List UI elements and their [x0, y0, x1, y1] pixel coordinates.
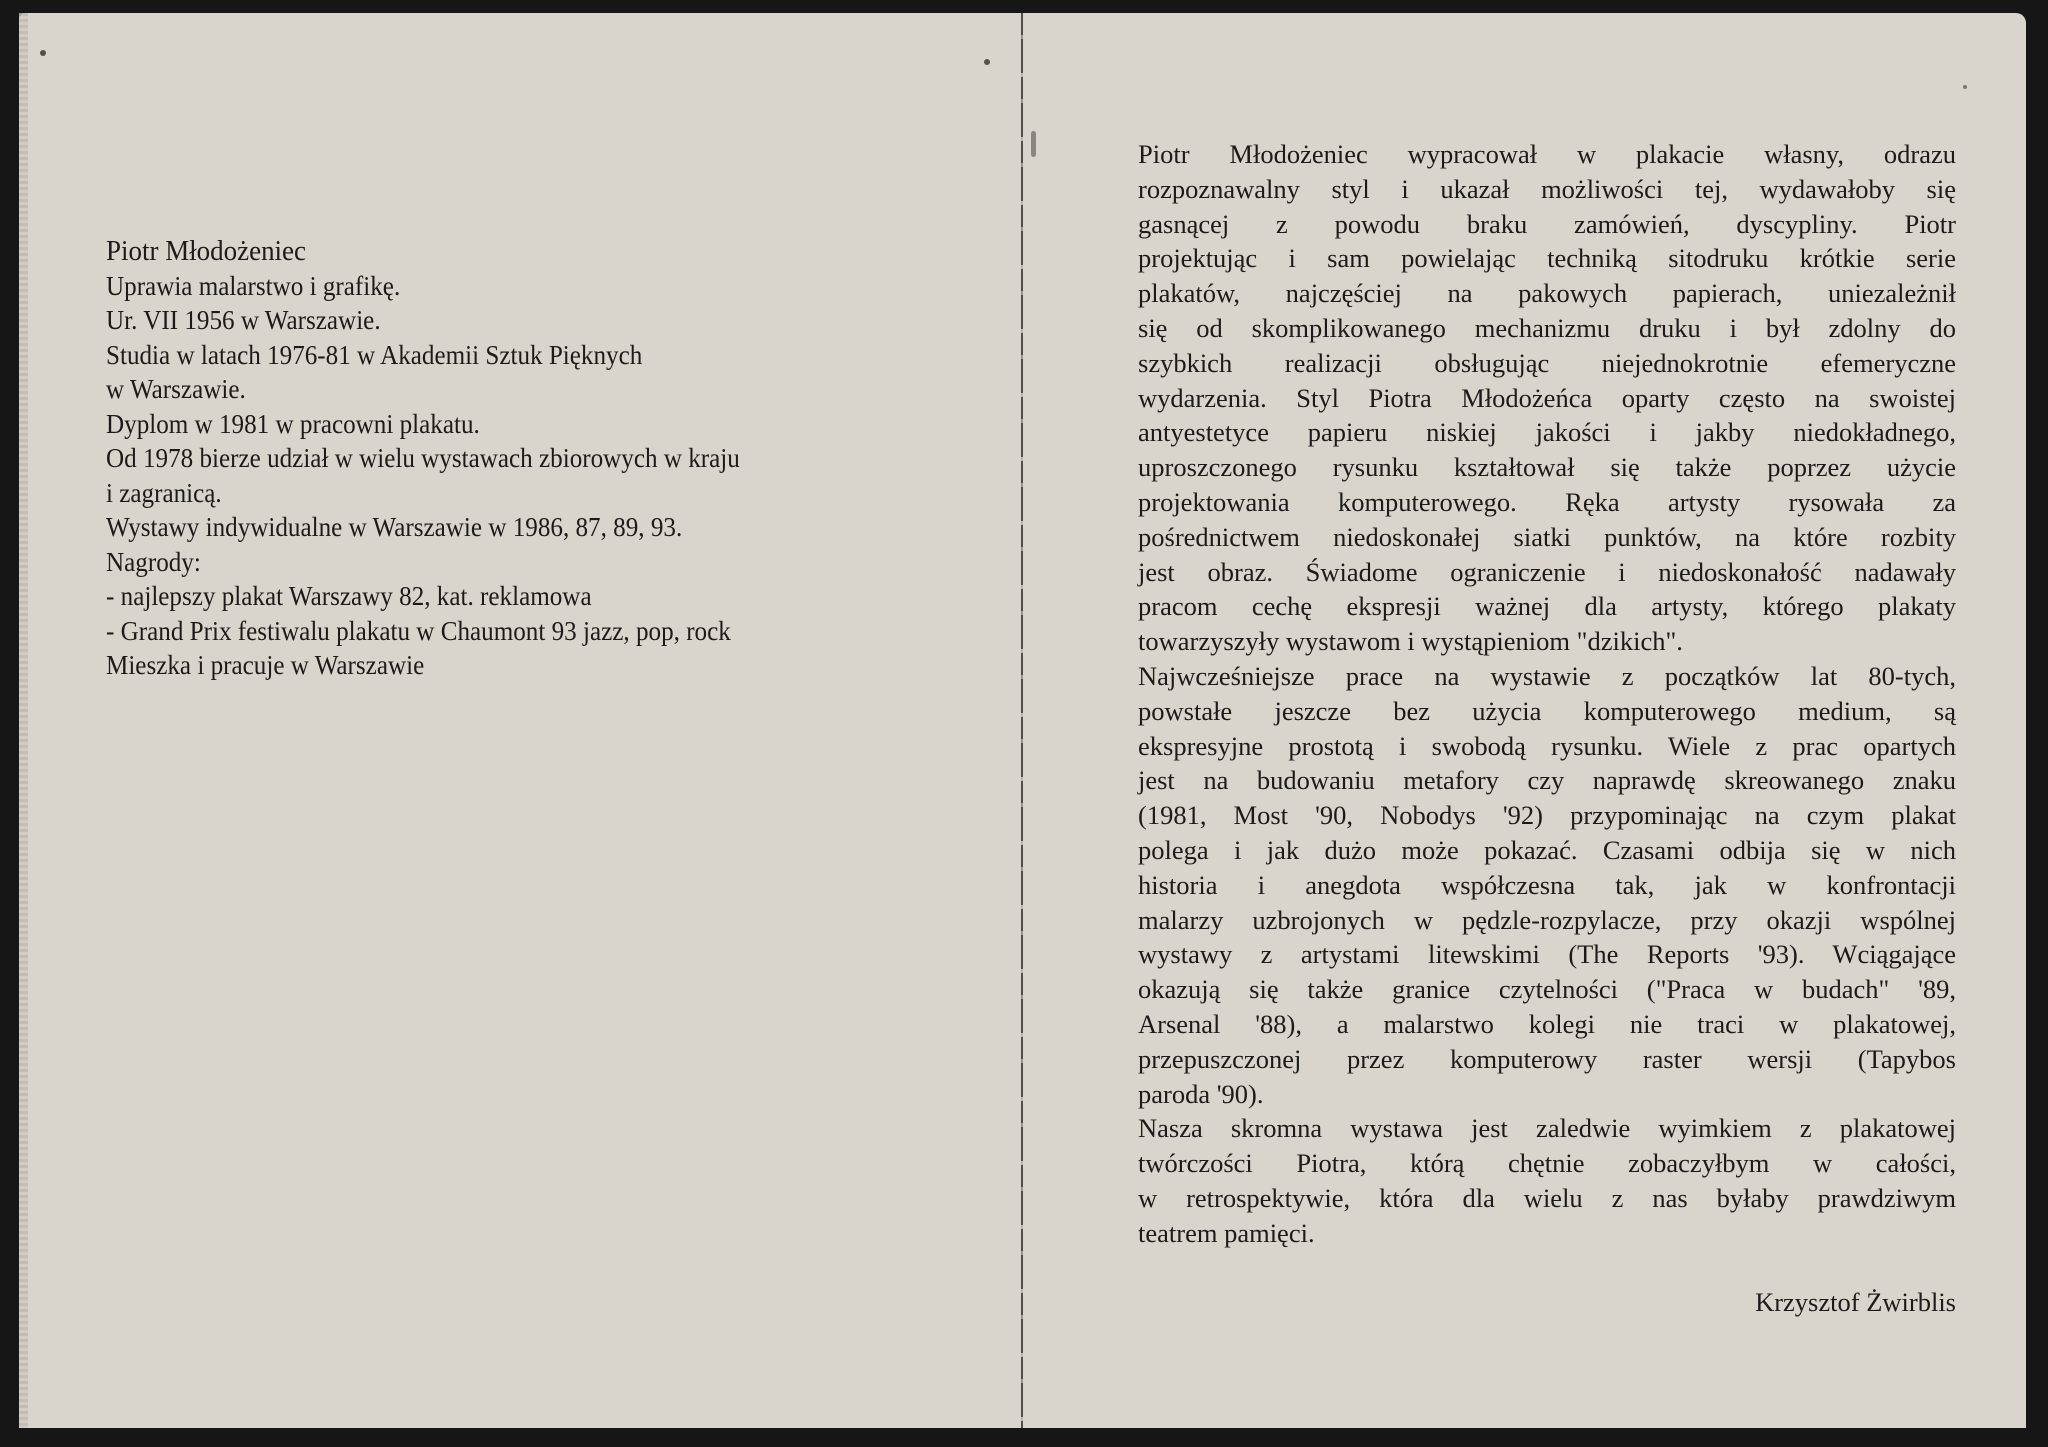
essay-line: w retrospektywie, która dla wielu z nas … — [1138, 1181, 1956, 1216]
center-fold-line — [1021, 13, 1023, 1428]
essay-line: Najwcześniejsze prace na wystawie z pocz… — [1138, 659, 1956, 694]
essay-line: teatrem pamięci. — [1138, 1216, 1956, 1251]
essay-line: wystawy z artystami litewskimi (The Repo… — [1138, 937, 1956, 972]
award-item: - Grand Prix festiwalu plakatu w Chaumon… — [106, 614, 906, 649]
author-signature: Krzysztof Żwirblis — [1755, 1285, 1956, 1320]
essay-line: ekspresyjne prostotą i swobodą rysunku. … — [1138, 729, 1956, 764]
signature-block: Krzysztof Żwirblis — [1138, 1251, 1956, 1321]
essay-paragraph-2: Najwcześniejsze prace na wystawie z pocz… — [1138, 659, 1956, 1111]
essay-line: projektowania komputerowego. Ręka artyst… — [1138, 485, 1956, 520]
bio-line: Od 1978 bierze udział w wielu wystawach … — [106, 441, 906, 476]
essay-line: wydarzenia. Styl Piotra Młodożeńca opart… — [1138, 381, 1956, 416]
essay-line: polega i jak dużo może pokazać. Czasami … — [1138, 833, 1956, 868]
essay-line: powstałe jeszcze bez użycia komputeroweg… — [1138, 694, 1956, 729]
essay-line: pośrednictwem niedoskonałej siatki punkt… — [1138, 520, 1956, 555]
left-page-biography: Piotr Młodożeniec Uprawia malarstwo i gr… — [106, 234, 966, 683]
essay-line: projektując i sam powielając techniką si… — [1138, 241, 1956, 276]
awards-label: Nagrody: — [106, 545, 906, 580]
essay-paragraph-1: Piotr Młodożeniec wypracował w plakacie … — [1138, 137, 1956, 659]
ink-spot — [984, 59, 990, 65]
essay-line: Piotr Młodożeniec wypracował w plakacie … — [1138, 137, 1956, 172]
essay-line: malarzy uzbrojonych w pędzle-rozpylacze,… — [1138, 903, 1956, 938]
essay-line: jest na budowaniu metafory czy naprawdę … — [1138, 763, 1956, 798]
bio-line: i zagranicą. — [106, 476, 906, 511]
bio-line: Wystawy indywidualne w Warszawie w 1986,… — [106, 510, 906, 545]
bio-line: w Warszawie. — [106, 372, 906, 407]
essay-line: Nasza skromna wystawa jest zaledwie wyim… — [1138, 1111, 1956, 1146]
essay-line: historia i anegdota współczesna tak, jak… — [1138, 868, 1956, 903]
bio-line: Uprawia malarstwo i grafikę. — [106, 269, 906, 304]
essay-line: twórczości Piotra, którą chętnie zobaczy… — [1138, 1146, 1956, 1181]
ink-spot — [40, 50, 46, 56]
bio-line: Studia w latach 1976-81 w Akademii Sztuk… — [106, 338, 906, 373]
leaflet-paper: Piotr Młodożeniec Uprawia malarstwo i gr… — [19, 13, 2026, 1428]
essay-line: gasnącej z powodu braku zamówień, dyscyp… — [1138, 207, 1956, 242]
artist-name-heading: Piotr Młodożeniec — [106, 234, 906, 269]
essay-line: Arsenal '88), a malarstwo kolegi nie tra… — [1138, 1007, 1956, 1042]
essay-line: przepuszczonej przez komputerowy raster … — [1138, 1042, 1956, 1077]
essay-line: pracom cechę ekspresji ważnej dla artyst… — [1138, 589, 1956, 624]
essay-line: (1981, Most '90, Nobodys '92) przypomina… — [1138, 798, 1956, 833]
bio-line: Ur. VII 1956 w Warszawie. — [106, 303, 906, 338]
essay-line: jest obraz. Świadome ograniczenie i nied… — [1138, 555, 1956, 590]
award-item: - najlepszy plakat Warszawy 82, kat. rek… — [106, 579, 906, 614]
right-page-essay: Piotr Młodożeniec wypracował w plakacie … — [1138, 137, 1956, 1321]
ink-spot — [1963, 85, 1967, 89]
essay-paragraph-3: Nasza skromna wystawa jest zaledwie wyim… — [1138, 1111, 1956, 1250]
essay-line: paroda '90). — [1138, 1077, 1956, 1112]
ink-smudge — [1031, 131, 1036, 157]
essay-line: się od skomplikowanego mechanizmu druku … — [1138, 311, 1956, 346]
essay-line: antyestetyce papieru niskiej jakości i j… — [1138, 415, 1956, 450]
bio-line: Dyplom w 1981 w pracowni plakatu. — [106, 407, 906, 442]
essay-line: okazują się także granice czytelności ("… — [1138, 972, 1956, 1007]
essay-line: rozpoznawalny styl i ukazał możliwości t… — [1138, 172, 1956, 207]
essay-line: szybkich realizacji obsługując niejednok… — [1138, 346, 1956, 381]
essay-line: uproszczonego rysunku kształtował się ta… — [1138, 450, 1956, 485]
essay-line: towarzyszyły wystawom i wystąpieniom "dz… — [1138, 624, 1956, 659]
essay-line: plakatów, najczęściej na pakowych papier… — [1138, 276, 1956, 311]
bio-line: Mieszka i pracuje w Warszawie — [106, 648, 906, 683]
